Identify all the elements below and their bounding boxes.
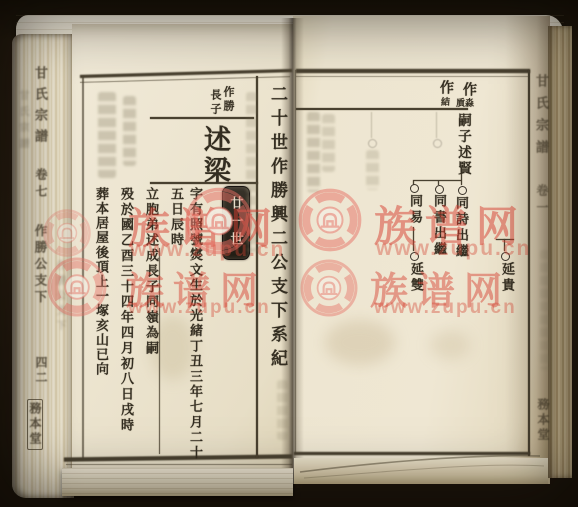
- left-spine-volume: 卷七: [31, 168, 47, 202]
- left-page-bottom-border-inner: [66, 464, 292, 465]
- ghost-tree-line: [436, 112, 437, 138]
- rule-under-entry-header: [150, 117, 254, 119]
- paper-stain: [430, 330, 470, 360]
- ghost-node-circle: [433, 139, 442, 148]
- left-spine-hall-name-box: 務本堂: [27, 399, 43, 450]
- watermark-site-url: www.zupu.cn: [374, 297, 517, 319]
- entry-header-relation: 長子: [207, 89, 220, 117]
- left-page-bottom-edge: [62, 468, 293, 496]
- zupu-seal-logo-icon: [46, 256, 108, 318]
- page-curl-crease-marks: [294, 448, 548, 488]
- ghost-bleed-text: [277, 380, 288, 440]
- right-spine-hall-name: 務本堂: [534, 398, 549, 443]
- right-page-left-border: [295, 70, 296, 454]
- right-page-top-border-inner: [296, 76, 528, 77]
- right-page-header-rule: [296, 108, 468, 110]
- zupu-seal-logo-icon: [184, 186, 254, 256]
- zupu-seal-logo-icon: [42, 208, 92, 258]
- entry-header-father: 作勝: [220, 86, 233, 114]
- ghost-bleed-text: [366, 150, 379, 190]
- watermark-site-url: www.zupu.cn: [128, 297, 271, 319]
- zupu-seal-logo-icon: [299, 258, 359, 318]
- right-spine-volume: 卷一: [533, 184, 548, 218]
- stacked-edge-ghost-title: 甘氏宗譜: [15, 90, 27, 154]
- left-spine-book-title: 甘氏宗譜: [30, 66, 47, 150]
- right-page-top-border: [296, 69, 530, 73]
- right-spine-book-title: 甘氏宗譜: [532, 74, 548, 162]
- zupu-seal-logo-icon: [297, 187, 363, 253]
- left-spine-page-number: 四二: [31, 356, 47, 386]
- person-node-circle: [435, 185, 444, 194]
- tree-connector: [461, 181, 462, 185]
- right-spine-smudge: [540, 250, 550, 370]
- ghost-bleed-text: [98, 92, 116, 178]
- person-node-circle: [410, 184, 419, 193]
- tree-header-2-surname: 作: [435, 80, 452, 94]
- tree-header-2-given: 結: [435, 97, 449, 106]
- tree-header-1-given: 貭淼: [456, 99, 477, 108]
- left-spine-hall-name: 務本堂: [29, 402, 41, 447]
- genealogy-book-scan: 二十世作勝興二公支下系紀 作勝 長子 述梁 廿一世 字有照號爕文生於光緒丁丑三年…: [0, 0, 578, 507]
- paper-stain: [325, 320, 395, 365]
- ghost-bleed-text: [123, 96, 136, 166]
- ghost-bleed-text: [307, 112, 320, 192]
- tree-header-1-surname: 作: [458, 82, 475, 96]
- tree-heir-name: 嗣子述賢: [454, 113, 470, 177]
- ghost-tree-line: [371, 112, 372, 138]
- ghost-node-circle: [368, 139, 377, 148]
- ghost-bleed-text: [322, 114, 335, 172]
- right-book-fold-edge: [548, 26, 572, 478]
- entry-name: 述梁: [196, 125, 228, 187]
- right-page-margin-divider: [528, 70, 530, 456]
- watermark-site-url: www.zupu.cn: [376, 237, 531, 261]
